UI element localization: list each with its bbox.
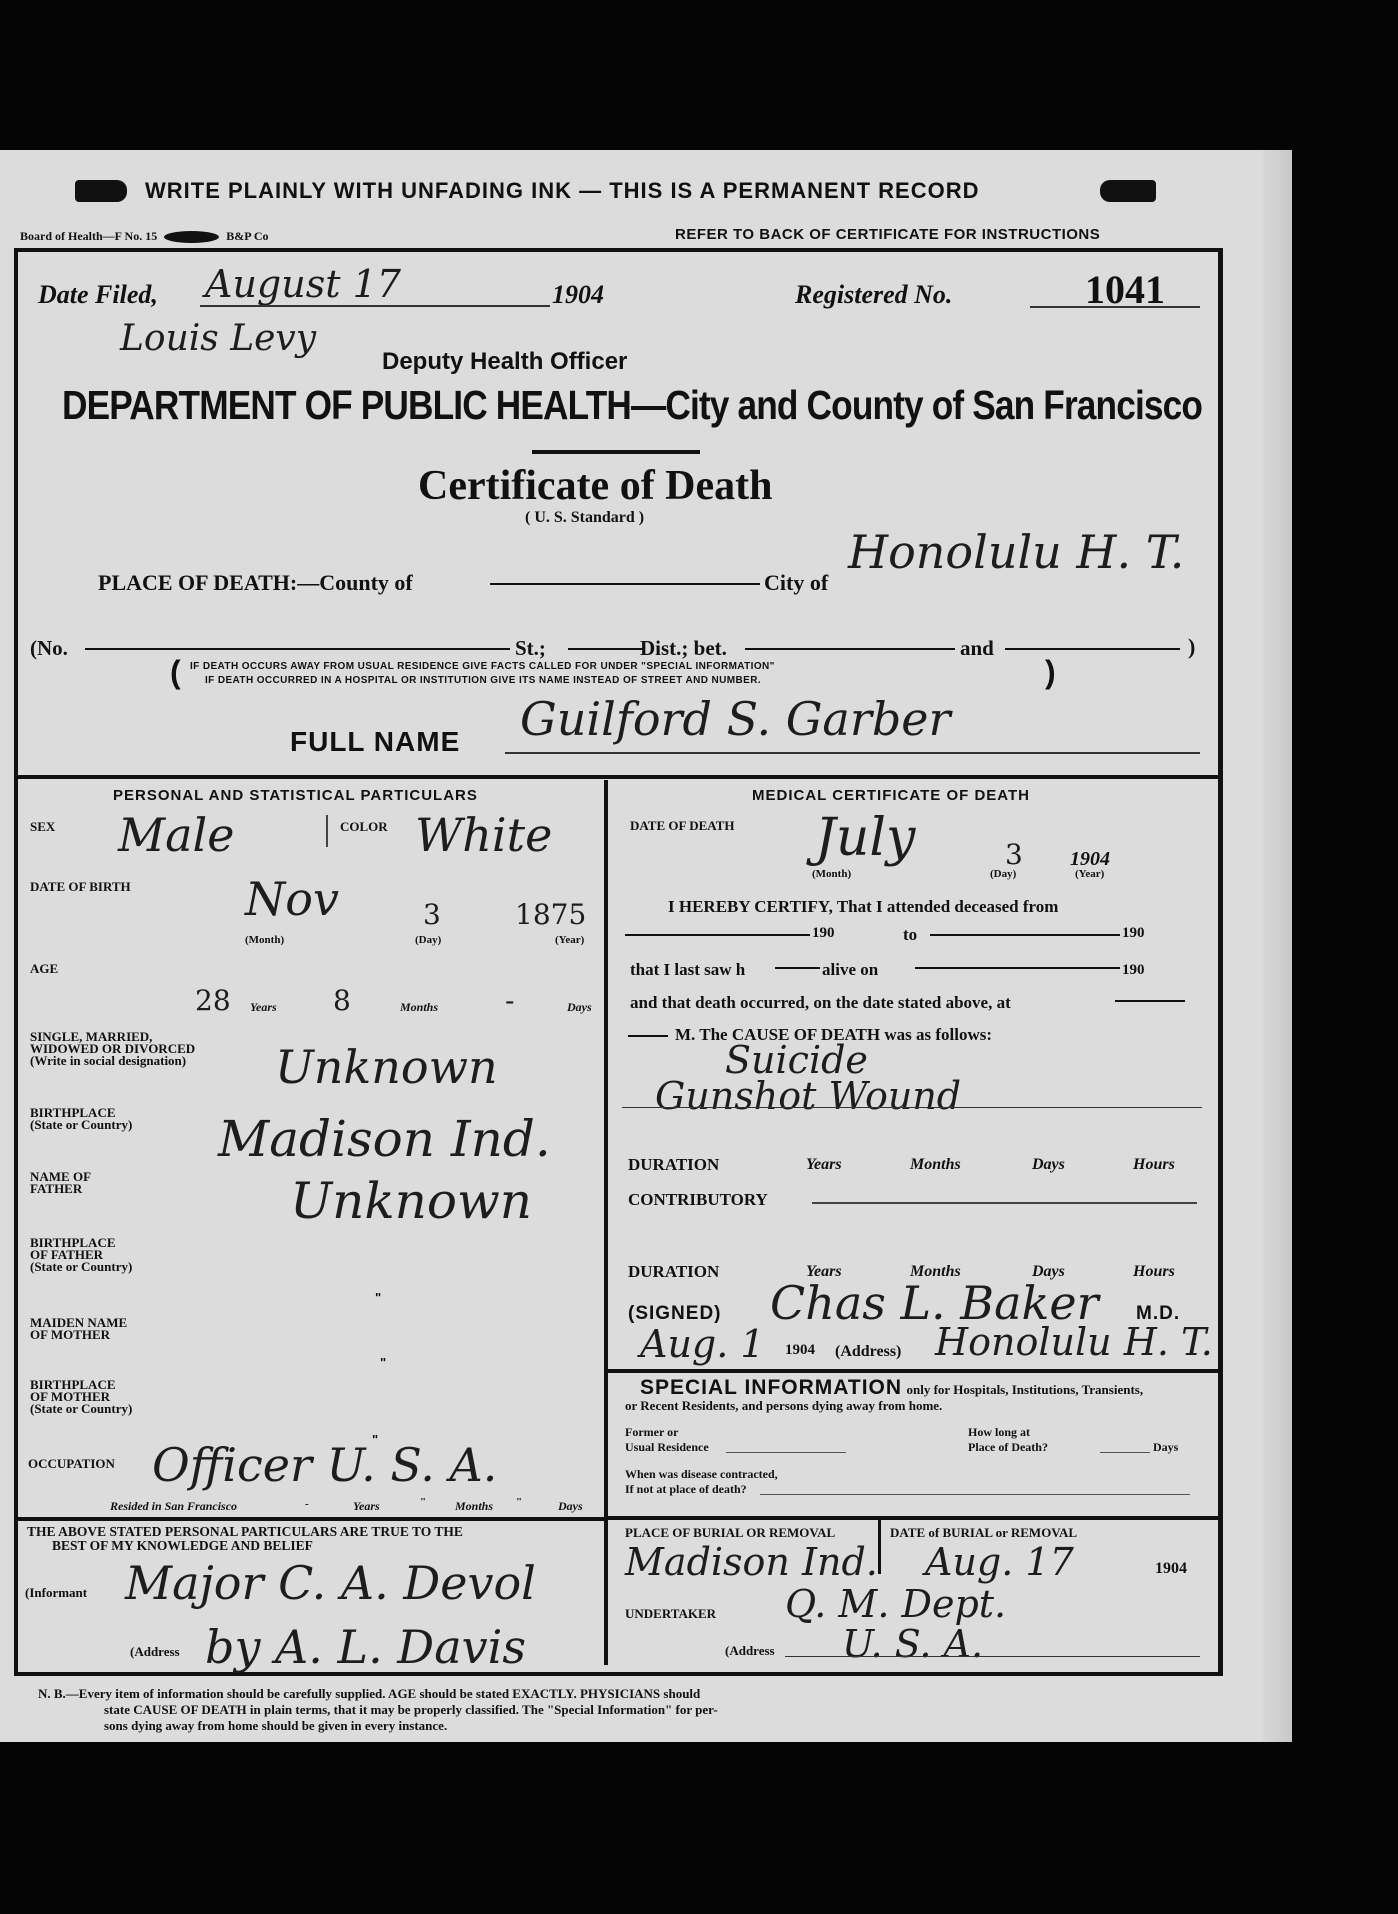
registered-line: [1030, 306, 1200, 308]
date-filed-value: August 17: [205, 262, 401, 306]
father-bp-value: ": [375, 1290, 381, 1305]
permanent-record-warning: WRITE PLAINLY WITH UNFADING INK — THIS I…: [145, 178, 980, 204]
duration-months-1: Months: [910, 1156, 961, 1174]
sex-label: SEX: [30, 820, 55, 833]
dod-day-caption: (Day): [990, 868, 1016, 880]
paper-edge: [1262, 150, 1292, 1742]
physician-address-label: (Address): [835, 1343, 901, 1361]
special-heading-text: SPECIAL INFORMATION: [640, 1376, 902, 1399]
printer-text: B&P Co: [226, 229, 268, 243]
time-line: [1115, 1000, 1185, 1002]
informant-label: (Informant: [25, 1586, 87, 1599]
father-value: Unknown: [290, 1172, 532, 1230]
footnote-line3: sons dying away from home should be give…: [104, 1718, 447, 1734]
to-label: to: [903, 925, 917, 945]
burial-date-year: 1904: [1155, 1560, 1187, 1578]
personal-heading: PERSONAL AND STATISTICAL PARTICULARS: [113, 787, 478, 804]
dob-day: 3: [423, 898, 441, 931]
certify-text: I HEREBY CERTIFY, That I attended deceas…: [668, 897, 1058, 917]
dod-month: July: [815, 808, 915, 868]
refer-instructions: REFER TO BACK OF CERTIFICATE FOR INSTRUC…: [675, 226, 1100, 243]
dod-day: 3: [1005, 838, 1023, 871]
cause-secondary: Gunshot Wound: [655, 1074, 961, 1118]
date-filed-label: Date Filed,: [38, 280, 158, 310]
officer-signature: Louis Levy: [120, 318, 316, 359]
to-190: 190: [1122, 925, 1145, 942]
father-bp-label-3: (State or Country): [30, 1260, 132, 1273]
dob-year: 1875: [515, 898, 586, 931]
dob-label: DATE OF BIRTH: [30, 880, 131, 893]
district-label: Dist.; bet.: [640, 636, 727, 661]
undertaker-label: UNDERTAKER: [625, 1607, 716, 1620]
attest-divider: [18, 1517, 606, 1521]
full-name-line: [505, 752, 1200, 754]
to-line: [930, 934, 1120, 936]
pointing-hand-icon: [75, 180, 127, 202]
residence-note-line2: IF DEATH OCCURRED IN A HOSPITAL OR INSTI…: [205, 675, 761, 686]
duration-hours-2: Hours: [1133, 1263, 1175, 1281]
union-seal-icon: [164, 231, 219, 243]
duration-label-1: DURATION: [628, 1155, 719, 1175]
dod-year-caption: (Year): [1075, 868, 1104, 880]
marital-value: Unknown: [275, 1040, 498, 1094]
how-long-line: [1100, 1452, 1150, 1453]
attest-line2: BEST OF MY KNOWLEDGE AND BELIEF: [52, 1539, 313, 1552]
column-divider: [604, 780, 608, 1665]
city-value: Honolulu H. T.: [848, 525, 1184, 579]
department-title: DEPARTMENT OF PUBLIC HEALTH—City and Cou…: [62, 382, 1202, 429]
alive-on-text: alive on: [822, 960, 878, 980]
no-line: [85, 648, 510, 650]
contributory-line: [812, 1202, 1197, 1204]
residence-note-line1: IF DEATH OCCURS AWAY FROM USUAL RESIDENC…: [190, 661, 775, 672]
duration-label-2: DURATION: [628, 1262, 719, 1282]
certificate-standard: ( U. S. Standard ): [525, 509, 644, 527]
burial-date-label: DATE of BURIAL or REMOVAL: [890, 1526, 1077, 1539]
how-long-label-2: Place of Death?: [968, 1440, 1048, 1455]
undertaker-address-line: [785, 1656, 1200, 1657]
burial-divider: [606, 1516, 1218, 1520]
alive-190: 190: [1122, 962, 1145, 979]
special-heading-note-2: or Recent Residents, and persons dying a…: [625, 1398, 942, 1414]
age-months-caption: Months: [400, 1000, 438, 1015]
section-divider: [18, 775, 1218, 779]
burial-place-label: PLACE OF BURIAL OR REMOVAL: [625, 1526, 835, 1539]
age-days: -: [505, 984, 514, 1017]
special-heading: SPECIAL INFORMATION only for Hospitals, …: [640, 1376, 1143, 1400]
former-residence-line: [726, 1452, 846, 1453]
contracted-label-2: If not at place of death?: [625, 1482, 747, 1497]
residence-note-open-paren: (: [170, 654, 181, 691]
dist-line: [745, 648, 955, 650]
undertaker-address-label: (Address: [725, 1644, 775, 1657]
age-months: 8: [333, 984, 351, 1017]
date-filed-year: 1904: [552, 280, 604, 310]
occupation-label: OCCUPATION: [28, 1457, 115, 1470]
resided-days-value: ": [516, 1496, 522, 1508]
special-heading-note: only for Hospitals, Institutions, Transi…: [907, 1382, 1144, 1397]
cause-line-2: [622, 1107, 1202, 1108]
footnote-line1: N. B.—Every item of information should b…: [38, 1686, 700, 1702]
him-her-line: [775, 967, 820, 969]
from-line: [625, 934, 810, 936]
pointing-hand-icon-right: [1100, 180, 1156, 202]
former-residence-label-2: Usual Residence: [625, 1440, 709, 1455]
city-label: City of: [764, 570, 828, 596]
burial-place-value: Madison Ind.: [625, 1540, 878, 1584]
county-line: [490, 583, 760, 585]
duration-hours-1: Hours: [1133, 1156, 1175, 1174]
informant-value: Major C. A. Devol: [125, 1556, 536, 1610]
birthplace-label-2: (State or Country): [30, 1118, 132, 1131]
dob-day-caption: (Day): [415, 934, 441, 946]
undertaker-value: Q. M. Dept.: [785, 1582, 1006, 1626]
certificate-title: Certificate of Death: [418, 462, 773, 510]
burial-column-divider: [878, 1518, 881, 1574]
occupation-value: Officer U. S. A.: [152, 1438, 497, 1492]
last-saw-text: that I last saw h: [630, 960, 745, 980]
contracted-label-1: When was disease contracted,: [625, 1467, 778, 1482]
duration-years-1: Years: [806, 1156, 842, 1174]
birthplace-value: Madison Ind.: [218, 1110, 551, 1168]
marital-label-3: (Write in social designation): [30, 1054, 186, 1067]
resided-days-caption: Days: [558, 1499, 583, 1514]
form-number: Board of Health—F No. 15 B&P Co: [20, 229, 269, 244]
footnote-line2: state CAUSE OF DEATH in plain terms, tha…: [104, 1702, 718, 1718]
residence-note-close-paren: ): [1045, 654, 1056, 691]
contributory-label: CONTRIBUTORY: [628, 1190, 768, 1210]
mother-label-2: OF MOTHER: [30, 1328, 110, 1341]
street-no-label: (No.: [30, 636, 68, 661]
signed-year: 1904: [785, 1342, 815, 1359]
mother-bp-label-3: (State or Country): [30, 1402, 132, 1415]
former-residence-label-1: Former or: [625, 1425, 678, 1440]
resided-label: Resided in San Francisco: [110, 1499, 237, 1514]
medical-heading: MEDICAL CERTIFICATE OF DEATH: [752, 787, 1030, 804]
age-label: AGE: [30, 962, 58, 975]
burial-date-value: Aug. 17: [925, 1540, 1074, 1584]
registered-label: Registered No.: [795, 280, 952, 310]
st-line: [568, 648, 643, 650]
street-close-paren: ): [1188, 634, 1195, 660]
and-label: and: [960, 636, 994, 661]
age-years: 28: [195, 984, 231, 1017]
title-divider: [532, 450, 700, 454]
signed-date: Aug. 1: [640, 1322, 765, 1366]
street-label: St.;: [515, 636, 546, 661]
color-label: COLOR: [340, 820, 388, 833]
sex-color-divider: [326, 815, 328, 847]
mother-value: ": [380, 1355, 386, 1370]
occurred-text: and that death occurred, on the date sta…: [630, 993, 1011, 1013]
dod-month-caption: (Month): [812, 868, 851, 880]
dob-month: Nov: [245, 872, 339, 926]
contracted-line: [760, 1494, 1190, 1495]
full-name-label: FULL NAME: [290, 726, 460, 758]
age-days-caption: Days: [567, 1000, 592, 1015]
informant-address-value: by A. L. Davis: [205, 1620, 526, 1674]
how-long-label-1: How long at: [968, 1425, 1030, 1440]
am-pm-line: [628, 1035, 668, 1037]
father-label-2: FATHER: [30, 1182, 82, 1195]
resided-years-value: -: [305, 1498, 309, 1510]
form-number-text: Board of Health—F No. 15: [20, 229, 157, 243]
undertaker-address-value: U. S. A.: [842, 1622, 983, 1666]
special-divider: [606, 1369, 1218, 1373]
how-long-days: Days: [1153, 1440, 1178, 1455]
from-190: 190: [812, 925, 835, 942]
resided-years-caption: Years: [353, 1499, 380, 1514]
color-value: White: [415, 808, 552, 862]
dob-month-caption: (Month): [245, 934, 284, 946]
age-years-caption: Years: [250, 1000, 277, 1015]
sex-value: Male: [118, 808, 234, 862]
informant-address-label: (Address: [130, 1645, 180, 1658]
and-line: [1005, 648, 1180, 650]
full-name-value: Guilford S. Garber: [520, 692, 951, 746]
resided-months-value: ": [420, 1496, 426, 1508]
place-of-death-label: PLACE OF DEATH:—County of: [98, 570, 413, 596]
dod-label: DATE OF DEATH: [630, 819, 735, 832]
duration-days-1: Days: [1032, 1156, 1065, 1174]
date-filed-line: [200, 305, 550, 307]
officer-title: Deputy Health Officer: [382, 348, 627, 376]
physician-address-value: Honolulu H. T.: [935, 1320, 1213, 1364]
alive-on-line: [915, 967, 1120, 969]
resided-months-caption: Months: [455, 1499, 493, 1514]
dob-year-caption: (Year): [555, 934, 584, 946]
attest-line1: THE ABOVE STATED PERSONAL PARTICULARS AR…: [27, 1525, 463, 1538]
